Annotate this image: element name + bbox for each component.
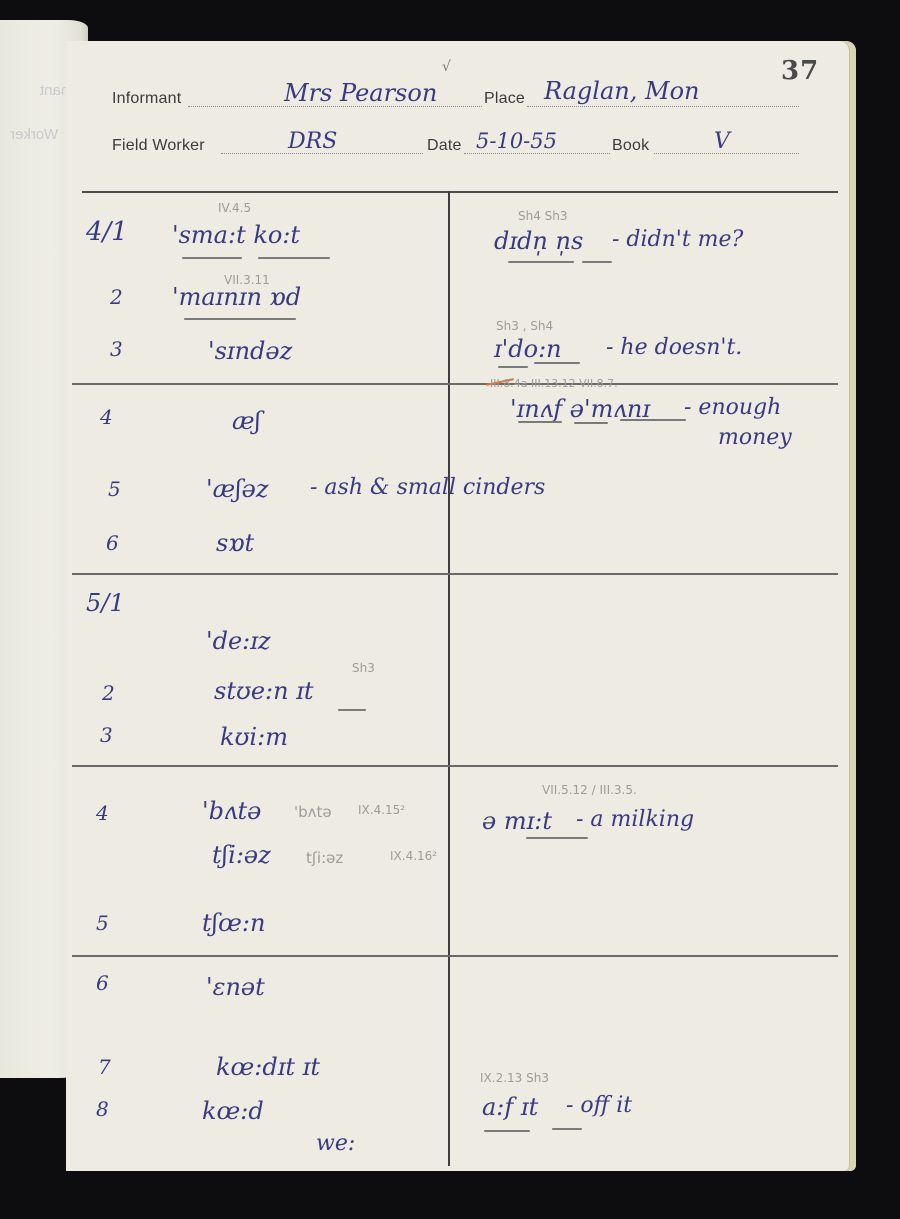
pencil-ref: Sh3: [352, 661, 375, 675]
transcription-extra: we:: [316, 1131, 355, 1156]
row-number: 4: [100, 405, 113, 429]
row-number: 4/1: [86, 217, 128, 247]
pencil-ref: IX.2.13 Sh3: [480, 1071, 549, 1085]
transcription: kœ:dɪt ɪt: [216, 1053, 320, 1081]
underline: [484, 1130, 530, 1132]
transcription: sɒt: [216, 529, 254, 557]
informant-value: Mrs Pearson: [284, 79, 437, 107]
row-number: 7: [98, 1055, 111, 1079]
place-label: Place: [484, 90, 525, 108]
section-rule-3: [72, 765, 838, 767]
row-number: 3: [100, 723, 113, 747]
place-value: Raglan, Mon: [544, 77, 699, 105]
pencil-alt-transcription: tʃi:əz: [306, 849, 343, 867]
underline: [620, 419, 686, 421]
gloss: - ash & small cinders: [310, 475, 545, 500]
row-number: 3: [110, 337, 123, 361]
row-number: 6: [106, 531, 119, 555]
transcription: 'ɛnət: [206, 973, 265, 1001]
underline: [574, 422, 608, 424]
pencil-ref: IX.4.16²: [390, 849, 437, 863]
pencil-ref: IV.4.5: [218, 201, 251, 215]
check-mark: √: [442, 59, 451, 75]
underline: [534, 362, 580, 364]
transcription: 'sɪndəz: [208, 337, 292, 365]
section-rule-4: [72, 955, 838, 957]
field-worker-value: DRS: [288, 129, 337, 154]
transcription: kʊi:m: [220, 723, 288, 751]
underline: [518, 421, 562, 423]
pencil-ref: IX.4.15²: [358, 803, 405, 817]
underline: [508, 261, 574, 263]
transcription: 'bʌtə: [202, 797, 261, 825]
book-label: Book: [612, 137, 649, 155]
row-number: 5: [96, 911, 109, 935]
transcription: æʃ: [232, 407, 261, 435]
row-number: 4: [96, 801, 109, 825]
pencil-ref: Sh4 Sh3: [518, 209, 568, 223]
right-gloss: - enough: [684, 395, 781, 420]
column-divider: [448, 191, 450, 1166]
right-gloss-continued: money: [718, 425, 792, 450]
row-number: 6: [96, 971, 109, 995]
transcription: 'de:ɪz: [206, 627, 271, 655]
transcription: 'æʃəz: [206, 475, 269, 503]
row-number: 8: [96, 1097, 109, 1121]
informant-label: Informant: [112, 90, 181, 108]
transcription: tʃi:əz: [212, 841, 271, 869]
transcription: stʊe:n ɪt: [214, 677, 314, 705]
date-label: Date: [427, 137, 462, 155]
book-value: V: [714, 129, 730, 154]
ghost-worker-text: Worker: [10, 126, 58, 143]
pencil-alt-transcription: 'bʌtə: [294, 803, 332, 821]
right-transcription: ɪ'do:n: [494, 335, 562, 363]
right-gloss: - didn't me?: [612, 227, 743, 252]
right-gloss: - a milking: [576, 807, 694, 832]
transcription: 'maɪnɪn ɒd: [172, 283, 301, 311]
right-transcription: ə mɪ:t: [482, 807, 552, 835]
date-value: 5-10-55: [476, 129, 557, 153]
underline: [338, 709, 366, 711]
transcription: kœ:d: [202, 1097, 264, 1125]
right-transcription: dɪdn̩ n̩s: [494, 227, 583, 255]
transcription: tʃœ:n: [202, 909, 265, 937]
section-rule-1: [72, 383, 838, 385]
section-rule-2: [72, 573, 838, 575]
row-number: 2: [110, 285, 123, 309]
pencil-ref: VII.5.12 / III.3.5.: [542, 783, 637, 797]
row-number: 2: [102, 681, 115, 705]
row-number: 5/1: [86, 589, 125, 617]
header-rule: [82, 191, 838, 193]
right-gloss: - he doesn't.: [606, 335, 742, 360]
underline: [184, 318, 296, 320]
pencil-ref: Sh3 , Sh4: [496, 319, 553, 333]
right-transcription: a:f ɪt: [482, 1093, 538, 1121]
underline: [182, 257, 242, 259]
underline: [552, 1128, 582, 1130]
underline: [582, 261, 612, 263]
right-gloss: - off it: [566, 1093, 632, 1118]
transcription: 'sma:t ko:t: [172, 221, 300, 249]
place-dotted-line: [527, 106, 799, 107]
notebook-page: 37 Informant Mrs Pearson √ Place Raglan,…: [66, 41, 856, 1171]
underline: [526, 837, 588, 839]
row-number: 5: [108, 477, 121, 501]
page-number: 37: [781, 56, 819, 86]
pencil-ref: III.8.4a III.13.12 VII.8.7.: [490, 377, 618, 390]
field-worker-label: Field Worker: [112, 137, 205, 155]
underline: [258, 257, 330, 259]
underline: [498, 366, 528, 368]
date-dotted-line: [464, 153, 610, 154]
